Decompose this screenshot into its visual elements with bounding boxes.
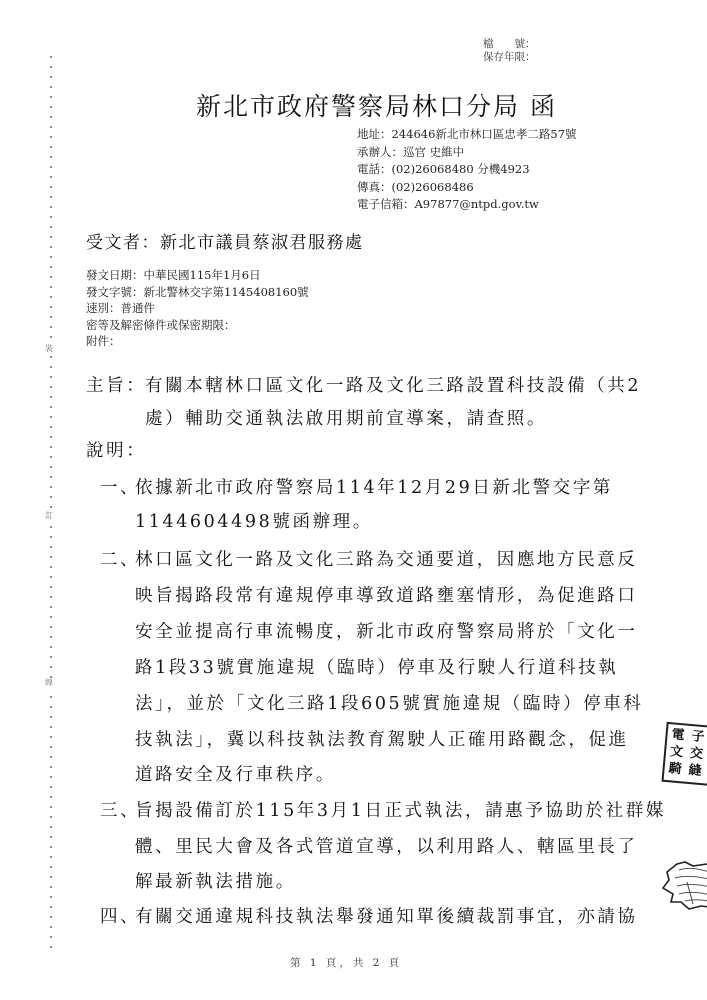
explanation-label: 說明： [86,437,146,462]
binding-dot [50,666,52,668]
binding-dot [50,106,52,108]
binding-dot [50,556,52,558]
binding-dot [50,206,52,208]
contact-block: 地址：244646新北市林口區忠孝二路57號 承辦人：巡官 史維中 電話：(02… [357,126,577,214]
stamp-text: 電文騎 [668,726,686,778]
binding-dot [50,356,52,358]
binding-dot [50,806,52,808]
binding-dot [50,286,52,288]
binding-dot [50,746,52,748]
item-line: 道路安全及行車秩序。 [135,761,336,786]
issue-number: 發文字號：新北警林交字第1145408160號 [86,284,309,301]
binding-dot [50,616,52,618]
binding-dot [50,226,52,228]
contact-fax: 傳真：(02)26068486 [357,179,577,197]
binding-dot [50,776,52,778]
binding-dot [50,376,52,378]
binding-dot [50,86,52,88]
file-number-label: 檔 號： [483,38,536,51]
item-line: 有關交通違規科技執法舉發通知單後續裁罰事宜，亦請協 [135,903,638,928]
binding-dot [50,76,52,78]
item-line: 旨揭設備訂於115年3月1日正式執法，請惠予協助於社群媒 [135,797,666,822]
recipient-line: 受文者：新北市議員蔡淑君服務處 [86,228,364,253]
binding-dot [50,316,52,318]
binding-dot [50,866,52,868]
stamp-text: 子交縫 [688,728,706,780]
item-line: 體、里民大會及各式管道宣導，以利用路人、轄區里長了 [135,833,638,858]
binding-dot [50,716,52,718]
item-line: 1144604498號函辦理。 [135,508,373,533]
contact-address: 地址：244646新北市林口區忠孝二路57號 [357,126,577,144]
binding-dot [50,496,52,498]
binding-dot [50,606,52,608]
binding-dot [50,116,52,118]
binding-line: 裝訂線 [49,56,53,951]
item-line: 林口區文化一路及文化三路為交通要道，因應地方民意反 [135,546,638,571]
binding-dot [50,256,52,258]
binding-dot [50,536,52,538]
file-info-block: 檔 號： 保存年限： [483,38,536,64]
binding-dot [50,816,52,818]
binding-dot [50,916,52,918]
retention-period-label: 保存年限： [483,51,536,64]
issue-date: 發文日期：中華民國115年1月6日 [86,267,309,284]
binding-dot [50,586,52,588]
binding-dot [50,706,52,708]
binding-mark: 裝 [45,344,53,354]
binding-mark: 訂 [45,511,53,521]
binding-dot [50,306,52,308]
binding-dot [50,156,52,158]
binding-dot [50,266,52,268]
binding-dot [50,766,52,768]
binding-dot [50,366,52,368]
binding-dot [50,946,52,948]
binding-dot [50,426,52,428]
classification: 密等及解密條件或保密期限： [86,317,309,334]
subject-line: 處）輔助交通執法啟用期前宣導案，請查照。 [145,405,547,430]
document-meta: 發文日期：中華民國115年1月6日 發文字號：新北警林交字第1145408160… [86,267,309,350]
binding-dot [50,186,52,188]
binding-dot [50,436,52,438]
binding-dot [50,326,52,328]
contact-handler: 承辦人：巡官 史維中 [357,144,577,162]
binding-dot [50,566,52,568]
binding-dot [50,546,52,548]
binding-dot [50,836,52,838]
binding-dot [50,786,52,788]
binding-dot [50,726,52,728]
binding-dot [50,196,52,198]
binding-dot [50,646,52,648]
binding-dot [50,96,52,98]
delivery-speed: 速別：普通件 [86,300,309,317]
item-line: 依據新北市政府警察局114年12月29日新北警交字第 [135,474,613,499]
binding-dot [50,386,52,388]
item-line: 法」，並於「文化三路1段605號實施違規（臨時）停車科 [135,690,643,715]
binding-dot [50,926,52,928]
binding-dot [50,856,52,858]
binding-dot [50,936,52,938]
binding-dot [50,66,52,68]
document-title: 新北市政府警察局林口分局 函 [196,87,557,123]
binding-dot [50,56,52,58]
subject-line: 有關本轄林口區文化一路及文化三路設置科技設備（共2 [145,372,641,397]
binding-dot [50,246,52,248]
binding-dot [50,396,52,398]
binding-dot [50,596,52,598]
binding-dot [50,446,52,448]
binding-dot [50,526,52,528]
binding-dot [50,416,52,418]
binding-dot [50,696,52,698]
item-line: 技執法」，冀以科技執法教育駕駛人正確用路觀念，促進 [135,726,629,751]
binding-dot [50,456,52,458]
binding-dot [50,886,52,888]
binding-dot [50,826,52,828]
binding-dot [50,876,52,878]
binding-dot [50,506,52,508]
binding-dot [50,406,52,408]
binding-dot [50,796,52,798]
binding-dot [50,296,52,298]
item-line: 映旨揭路段常有違規停車導致道路壅塞情形，為促進路口 [135,582,638,607]
attachments: 附件： [86,333,309,350]
seal-fragment-icon [657,860,707,910]
seam-stamp: 電文騎 子交縫 [661,722,707,786]
binding-dot [50,846,52,848]
binding-dot [50,336,52,338]
binding-dot [50,896,52,898]
binding-dot [50,636,52,638]
binding-dot [50,216,52,218]
binding-dot [50,576,52,578]
binding-dot [50,166,52,168]
binding-dot [50,626,52,628]
binding-dot [50,476,52,478]
binding-dot [50,756,52,758]
binding-dot [50,466,52,468]
page-number: 第 1 頁，共 2 頁 [290,955,402,970]
contact-phone: 電話：(02)26068480 分機4923 [357,161,577,179]
binding-dot [50,736,52,738]
binding-dot [50,136,52,138]
binding-mark: 線 [45,678,53,688]
binding-dot [50,236,52,238]
binding-dot [50,656,52,658]
binding-dot [50,126,52,128]
item-line: 安全並提高行車流暢度，新北市政府警察局將於「文化一 [135,618,638,643]
item-line: 路1段33號實施違規（臨時）停車及行駛人行道科技執 [135,654,618,679]
binding-dot [50,486,52,488]
contact-email[interactable]: 電子信箱：A97877@ntpd.gov.tw [357,196,577,214]
binding-dot [50,906,52,908]
subject-label: 主旨： [86,372,146,397]
binding-dot [50,146,52,148]
item-line: 解最新執法措施。 [135,868,296,893]
binding-dot [50,176,52,178]
binding-dot [50,276,52,278]
